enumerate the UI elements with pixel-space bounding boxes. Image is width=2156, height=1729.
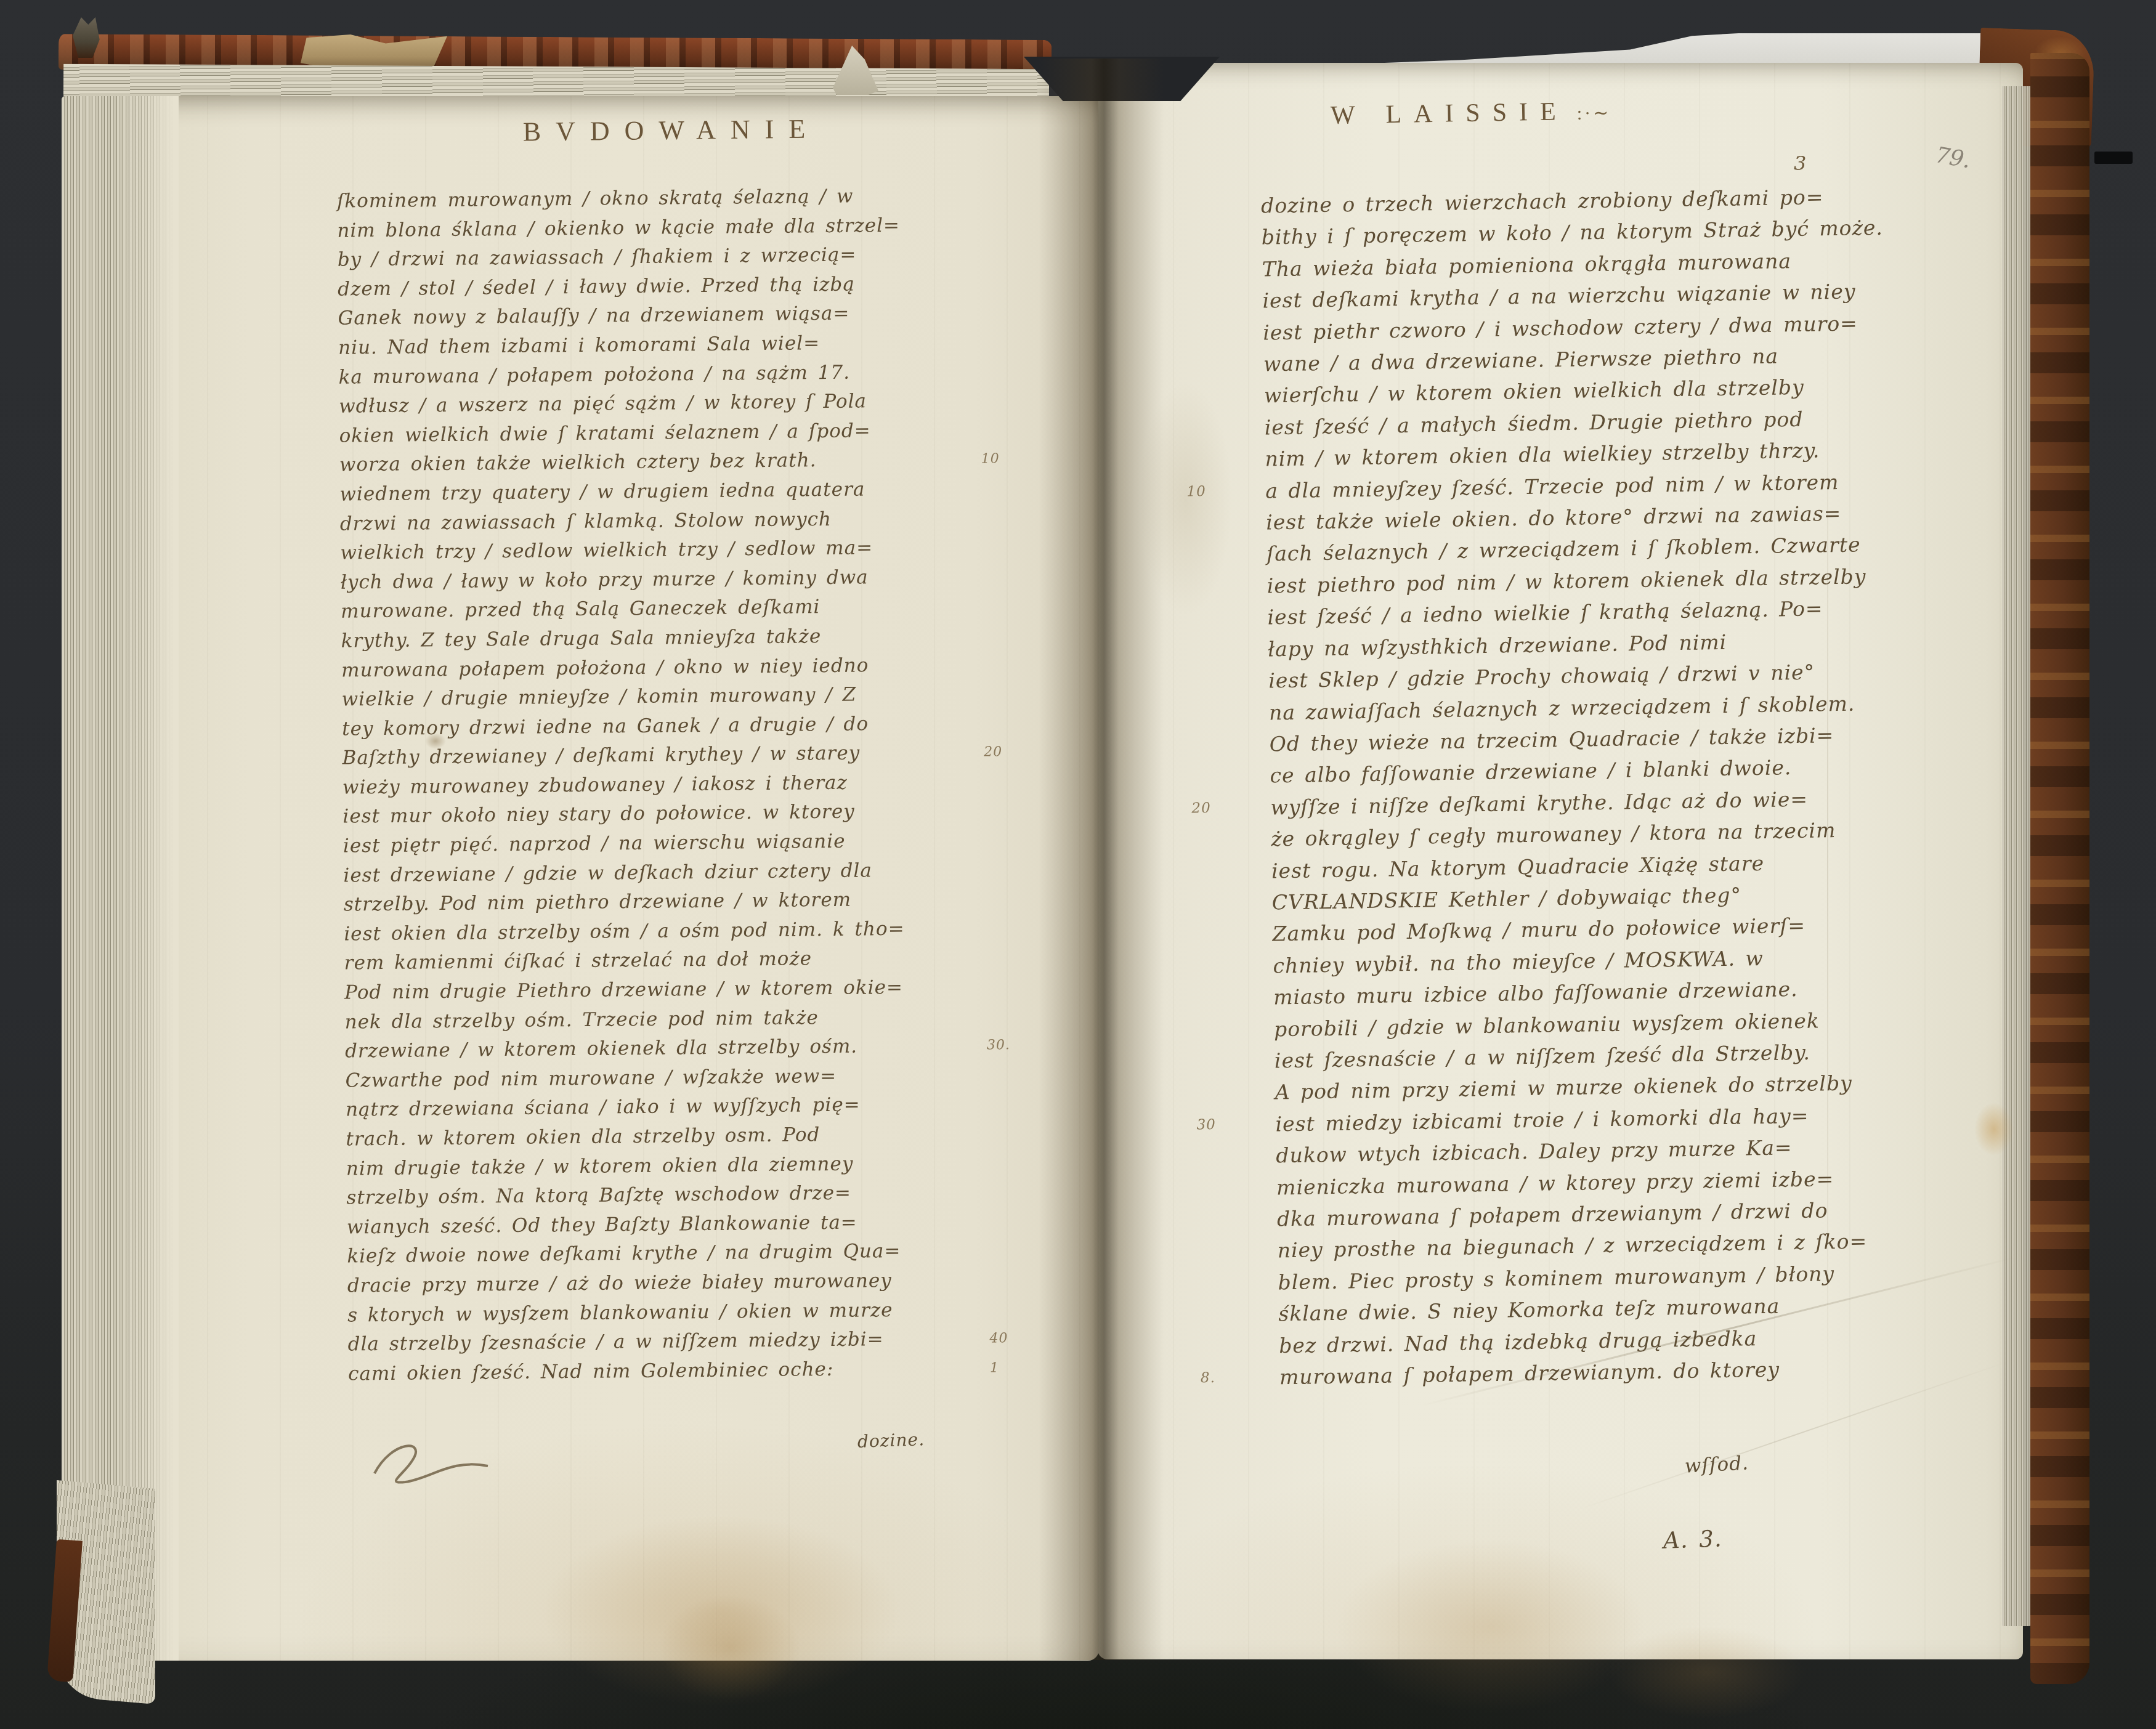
right-header-text: W LAISSIE bbox=[1331, 97, 1568, 130]
margin-line-number: 40 bbox=[979, 1324, 1069, 1354]
margin-line-number bbox=[1194, 1235, 1278, 1268]
margin-line-number bbox=[978, 1089, 1067, 1119]
margin-line-number bbox=[975, 884, 1064, 914]
margin-line-number bbox=[975, 796, 1064, 826]
margin-line-number bbox=[972, 532, 1061, 562]
right-cover-leather bbox=[2030, 53, 2089, 1684]
margin-line-number bbox=[1179, 253, 1262, 286]
margin-line-number bbox=[1193, 1140, 1276, 1173]
open-manuscript-book-photo: BVDOWANIE ſkominem murowanym / okno skra… bbox=[0, 0, 2156, 1729]
margin-line-number: 20 bbox=[974, 737, 1063, 767]
margin-line-number bbox=[1190, 950, 1273, 983]
margin-line-number bbox=[973, 649, 1063, 679]
margin-line-number bbox=[969, 239, 1058, 269]
margin-line-number bbox=[976, 913, 1065, 943]
margin-line-number bbox=[970, 298, 1059, 328]
margin-line-number bbox=[1184, 570, 1267, 603]
margin-line-number bbox=[976, 1001, 1066, 1031]
margin-line-number bbox=[970, 326, 1060, 357]
margin-line-number bbox=[1186, 665, 1269, 698]
right-text-block: dozine o trzech wierzchach zrobiony deſk… bbox=[1178, 179, 2028, 1395]
margin-line-number bbox=[1183, 507, 1266, 540]
margin-line-number bbox=[979, 1265, 1068, 1295]
margin-line-number bbox=[1192, 1077, 1275, 1110]
margin-line-number bbox=[976, 942, 1065, 973]
margin-line-number bbox=[974, 708, 1063, 738]
margin-line-number bbox=[1189, 855, 1272, 888]
margin-line-number bbox=[1182, 443, 1265, 477]
margin-line-number bbox=[979, 1236, 1068, 1266]
margin-line-number bbox=[1191, 982, 1274, 1015]
margin-line-number bbox=[1187, 760, 1270, 793]
margin-line-number bbox=[1186, 697, 1270, 730]
margin-line-number: 10 bbox=[1183, 475, 1266, 508]
margin-line-number bbox=[976, 971, 1066, 1002]
margin-line-number bbox=[1178, 190, 1262, 224]
margin-line-number bbox=[1196, 1298, 1279, 1332]
margin-line-number bbox=[1180, 317, 1263, 350]
margin-line-number bbox=[973, 620, 1062, 650]
margin-line-number bbox=[975, 825, 1064, 855]
margin-line-number bbox=[1195, 1266, 1278, 1300]
margin-line-number bbox=[1186, 728, 1270, 761]
margin-line-number bbox=[971, 473, 1061, 503]
margin-line-number bbox=[1185, 633, 1268, 666]
stain-blot bbox=[659, 1595, 801, 1700]
margin-line-number bbox=[975, 766, 1064, 796]
margin-line-number bbox=[979, 1294, 1069, 1324]
left-running-header: BVDOWANIE bbox=[394, 111, 949, 148]
stain-blot bbox=[1608, 1626, 1805, 1719]
margin-line-number bbox=[970, 268, 1059, 298]
margin-line-number bbox=[1189, 918, 1273, 952]
cradle-slot bbox=[2094, 152, 2133, 164]
margin-line-number bbox=[1194, 1172, 1277, 1205]
left-catchword: dozine. bbox=[857, 1429, 925, 1452]
margin-line-number bbox=[1196, 1330, 1279, 1363]
margin-line-number bbox=[978, 1118, 1067, 1148]
margin-line-number: 30. bbox=[977, 1031, 1066, 1061]
margin-line-number: 1 bbox=[980, 1353, 1069, 1383]
margin-line-number bbox=[978, 1148, 1067, 1178]
margin-line-number bbox=[1181, 411, 1265, 445]
margin-line-number bbox=[973, 678, 1063, 708]
margin-line-number: 8. bbox=[1197, 1361, 1280, 1395]
margin-line-number bbox=[1181, 380, 1265, 413]
margin-line-number bbox=[1189, 886, 1273, 920]
margin-line-number bbox=[1192, 1045, 1275, 1078]
margin-line-number bbox=[1188, 824, 1271, 857]
margin-line-number bbox=[1194, 1203, 1278, 1236]
margin-line-number bbox=[971, 415, 1060, 445]
margin-line-number bbox=[1181, 349, 1264, 382]
margin-line-number bbox=[978, 1177, 1068, 1207]
margin-line-number: 10 bbox=[971, 444, 1061, 474]
left-text-block: ſkominem murowanym / okno skratą śelazną… bbox=[337, 180, 1069, 1388]
margin-line-number bbox=[975, 854, 1064, 885]
margin-line-number: 20 bbox=[1188, 792, 1271, 825]
margin-line-number bbox=[1180, 285, 1263, 318]
margin-line-number bbox=[971, 503, 1061, 533]
margin-line-number bbox=[972, 561, 1061, 591]
page-number: 3 bbox=[1794, 152, 1806, 175]
margin-line-number bbox=[969, 209, 1058, 240]
margin-line-number bbox=[970, 356, 1060, 386]
header-flourish: :·∼ bbox=[1576, 103, 1611, 124]
right-catchword: wſſod. bbox=[1684, 1452, 1749, 1477]
margin-line-number bbox=[968, 180, 1058, 210]
margin-line-number bbox=[1191, 1013, 1275, 1047]
margin-line-number bbox=[973, 591, 1062, 621]
margin-line-number bbox=[978, 1206, 1068, 1236]
margin-line-number bbox=[1179, 222, 1262, 255]
margin-line-number bbox=[971, 386, 1060, 416]
margin-line-number: 30 bbox=[1193, 1108, 1276, 1141]
stain-blot bbox=[1337, 1540, 1645, 1712]
quire-signature: A. 3. bbox=[1663, 1525, 1722, 1553]
line-text: cami okien ſześć. Nad nim Golembiniec oc… bbox=[348, 1353, 980, 1388]
margin-line-number bbox=[977, 1059, 1066, 1090]
margin-line-number bbox=[1185, 602, 1268, 635]
paraph-flourish bbox=[367, 1435, 503, 1491]
left-fore-edge-pages bbox=[62, 96, 179, 1661]
margin-line-number bbox=[1184, 538, 1267, 572]
